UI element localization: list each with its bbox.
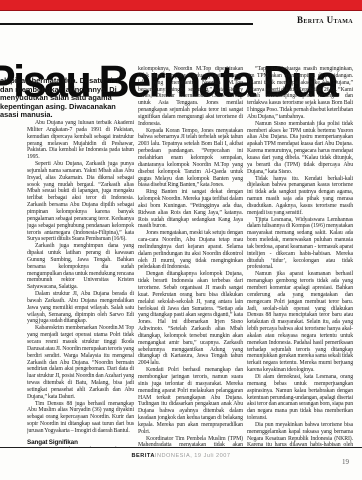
body-paragraph: Namun jika aparat keamanan berhasil mena… (247, 271, 353, 374)
lead-line: menyudutkan salah satu agama (0, 94, 144, 103)
footer-brand-light: INDONESIA (155, 453, 190, 459)
header-rule (0, 23, 253, 25)
magazine-page: Berita Utama Pisau Bermata Dua ak pisau … (0, 0, 362, 480)
section-label: Berita Utama (297, 15, 353, 25)
lead-line: kepentingan asing. Diwacanakan (0, 103, 144, 112)
column-3-paragraphs: “Tapi jika keluarga masih menginginkan, … (247, 66, 353, 422)
body-paragraph: Namun Sisno membantah jika polisi tidak … (247, 121, 353, 176)
body-paragraph: Tjipta Lesmana, Widyaiswara Lemhannas da… (247, 217, 353, 272)
body-paragraph: Di alam demokrasi, kata Lesmana, orang m… (247, 374, 353, 422)
closing-paragraph-text: Dia pun meyakinkan bahwa terorisme bisa … (247, 422, 353, 448)
body-paragraph: Dalam struktur JI, Abu Dujana berada di … (27, 291, 134, 325)
lead-line: ak pisau bermata dua. Di satu sisi (0, 77, 144, 86)
lead-paragraph: ak pisau bermata dua. Di satu sisidan me… (0, 77, 144, 120)
body-paragraph: Zarkasih juga menghimpun dana yang dipak… (27, 243, 134, 291)
body-paragraph: Seperti Abu Dujana, Zarkasih juga punya … (27, 161, 134, 243)
body-paragraph: “Tapi jika keluarga masih menginginkan, … (247, 66, 353, 121)
body-paragraph: Tidak hanya itu. Kendati berkali-kali di… (247, 176, 353, 217)
closing-paragraph: Dia pun meyakinkan bahwa terorisme bisa … (247, 422, 353, 448)
body-paragraph: Ring Banten ini sangat dekat dengan kelo… (138, 189, 243, 230)
column-1-paragraphs: Abu Dujana yang lulusan terbaik Akademi … (27, 120, 134, 435)
article-column-2: kelompoknya, Noordin M.Top diperkirakan … (138, 66, 243, 448)
footer-rule (0, 447, 362, 448)
top-red-bar (0, 0, 362, 11)
footer-brand-bold: BERITA (132, 453, 155, 459)
body-paragraph: Abu Dujana yang lulusan terbaik Akademi … (27, 120, 134, 161)
footer-date: , 19 Juli 2007 (190, 453, 230, 459)
article-column-1: Abu Dujana yang lulusan terbaik Akademi … (27, 120, 134, 448)
body-paragraph: Kendati Polri berhasil menangkap dan mem… (138, 367, 243, 435)
footer-imprint: BERITAINDONESIA, 19 Juli 2007 (0, 453, 362, 459)
body-paragraph: kelompoknya, Noordin M.Top diperkirakan … (138, 66, 243, 128)
lead-line: asasi manusia. (0, 111, 144, 120)
page-number: 19 (342, 458, 349, 466)
body-paragraph: Kepada Koran Tempo, Jones menyatakan bah… (138, 128, 243, 190)
subhead-sangat-signifikan: Sangat Signifikan (27, 439, 134, 446)
body-paragraph: Dengan ditangkapnya kelompok Dujana, tid… (138, 271, 243, 367)
body-paragraph: Tim Densus 88 juga berhasil menangkap Ab… (27, 401, 134, 435)
body-paragraph: Kabareskrim membenarkan Noordin.M Top ya… (27, 325, 134, 400)
lead-line: dan membongkar jaringannya. Di (0, 86, 144, 95)
body-paragraph: Jones mengatakan, meski tak setuju denga… (138, 230, 243, 271)
article-column-3: “Tapi jika keluarga masih menginginkan, … (247, 66, 353, 448)
